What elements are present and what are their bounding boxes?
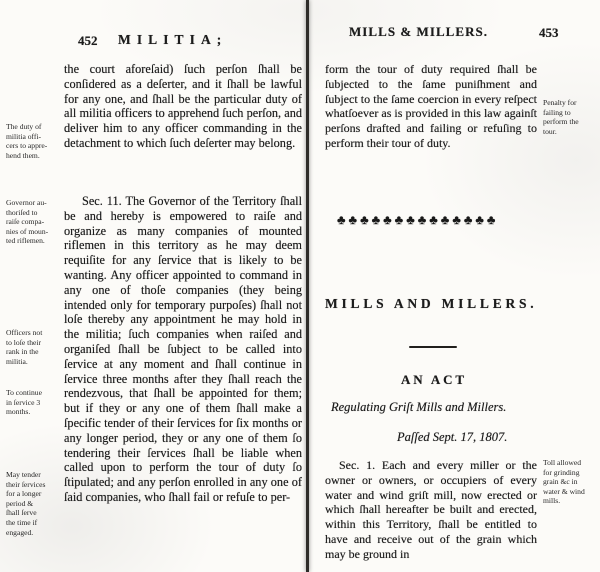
- paragraph-sec-11: Sec. 11. The Governor of the Territory ſ…: [64, 194, 302, 505]
- margin-note-toll-allowed: Toll allowed for grinding grain &c in wa…: [543, 458, 597, 506]
- running-title-left: MILITIA;: [118, 32, 227, 48]
- printer-ornament-row: ♣♣♣♣♣♣♣♣♣♣♣♣♣♣: [337, 212, 498, 228]
- margin-note-officers-rank: Officers not to loſe their rank in the m…: [6, 328, 62, 366]
- page-gutter-line: [306, 0, 309, 572]
- section-divider-rule: [409, 346, 457, 348]
- running-title-right: MILLS & MILLERS.: [349, 24, 488, 40]
- page-number-left: 452: [78, 33, 98, 49]
- page-right: MILLS & MILLERS. 453 form the tour of du…: [311, 0, 600, 572]
- margin-note-governor-authorised: Governor au- thoriſed to raiſe compa- ni…: [6, 198, 62, 246]
- section-title-mills-and-millers: MILLS AND MILLERS.: [325, 296, 537, 312]
- act-subtitle: Regulating Griſt Mills and Millers.: [331, 400, 506, 415]
- margin-note-may-tender: May tender their ſervices for a longer p…: [6, 470, 62, 537]
- paragraph-court-deserter: the court aforeſaid) ſuch perſon ſhall b…: [64, 62, 302, 151]
- page-number-right: 453: [539, 25, 559, 41]
- margin-note-continue-service: To continue in ſervice 3 months.: [6, 388, 62, 417]
- margin-note-duty-of-officers: The duty of militia offi- cers to appre-…: [6, 122, 62, 160]
- paragraph-penalty: form the tour of duty required ſhall be …: [325, 62, 537, 151]
- act-heading: AN ACT: [401, 372, 467, 388]
- book-scan: 452 MILITIA; the court aforeſaid) ſuch p…: [0, 0, 600, 572]
- act-date: Paſſed Sept. 17, 1807.: [397, 430, 507, 445]
- margin-note-penalty: Penalty for failing to perform the tour.: [543, 98, 597, 136]
- page-left: 452 MILITIA; the court aforeſaid) ſuch p…: [0, 0, 308, 572]
- paragraph-sec-1: Sec. 1. Each and every miller or the own…: [325, 458, 537, 562]
